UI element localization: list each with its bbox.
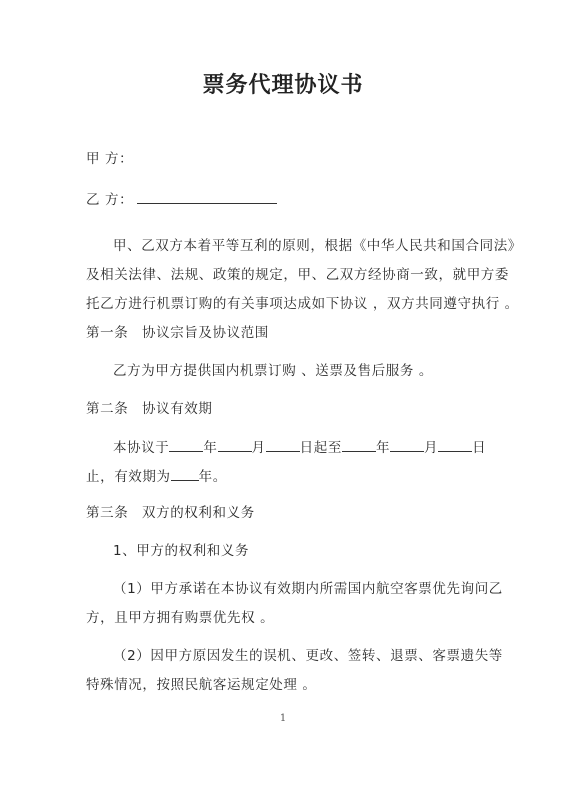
page-number: 1 [0,713,566,724]
year-label: 年 [203,440,217,456]
term-prefix: 止，有效期为 [86,469,171,485]
document-page: 票务代理协议书 甲 方： 乙 方： 甲、乙双方本着平等互利的原则，根据《中华人民… [0,0,566,800]
party-b-blank-field[interactable] [137,189,277,204]
article-1-title: 协议宗旨及协议范围 [142,325,269,341]
article-2-number: 第二条 [86,400,142,418]
article-3-item-1-line-1: （1）甲方承诺在本协议有效期内所需国内航空客票优先询问乙 [113,580,503,598]
start-day-field[interactable] [266,437,300,452]
party-a-label: 甲 方： [86,151,133,167]
article-1-body: 乙方为甲方提供国内机票订购 、送票及售后服务 。 [113,362,433,380]
party-b-label: 乙 方： [86,192,133,208]
date-prefix: 本协议于 [113,440,169,456]
party-a-line: 甲 方： [86,150,133,168]
day-label: 日 [472,440,486,456]
end-month-field[interactable] [390,437,424,452]
end-day-field[interactable] [438,437,472,452]
day-from-label: 日起至 [300,440,342,456]
party-b-line: 乙 方： [86,189,277,209]
article-3-heading: 第三条双方的权利和义务 [86,504,255,522]
article-3-item-2-line-1: （2）因甲方原因发生的误机、更改、签转、退票、客票遗失等 [113,647,503,665]
year-label: 年 [376,440,390,456]
preamble-line-3: 托乙方进行机票订购的有关事项达成如下协议 ，双方共同遵守执行 。 [86,295,519,313]
preamble-line-2: 及相关法律、法规、政策的规定，甲、乙双方经协商一致，就甲方委 [86,266,509,284]
article-3-subheading: 1、甲方的权利和义务 [113,542,249,560]
article-2-term-line: 止，有效期为年。 [86,466,227,486]
article-3-number: 第三条 [86,504,142,522]
start-month-field[interactable] [218,437,252,452]
term-years-field[interactable] [171,466,199,481]
month-label: 月 [252,440,266,456]
preamble-line-1: 甲、乙双方本着平等互利的原则，根据《中华人民共和国合同法》 [113,237,522,255]
document-title: 票务代理协议书 [0,68,566,99]
end-year-field[interactable] [342,437,376,452]
article-1-number: 第一条 [86,324,142,342]
term-suffix: 年。 [199,469,227,485]
article-3-item-1-line-2: 方，且甲方拥有购票优先权 。 [86,609,274,627]
article-2-title: 协议有效期 [142,401,213,417]
article-3-title: 双方的权利和义务 [142,505,255,521]
month-label: 月 [424,440,438,456]
article-3-item-2-line-2: 特殊情况，按照民航客运规定处理 。 [86,676,317,694]
article-2-date-line: 本协议于年月日起至年月日 [113,437,486,457]
article-2-heading: 第二条协议有效期 [86,400,213,418]
article-1-heading: 第一条协议宗旨及协议范围 [86,324,269,342]
start-year-field[interactable] [169,437,203,452]
